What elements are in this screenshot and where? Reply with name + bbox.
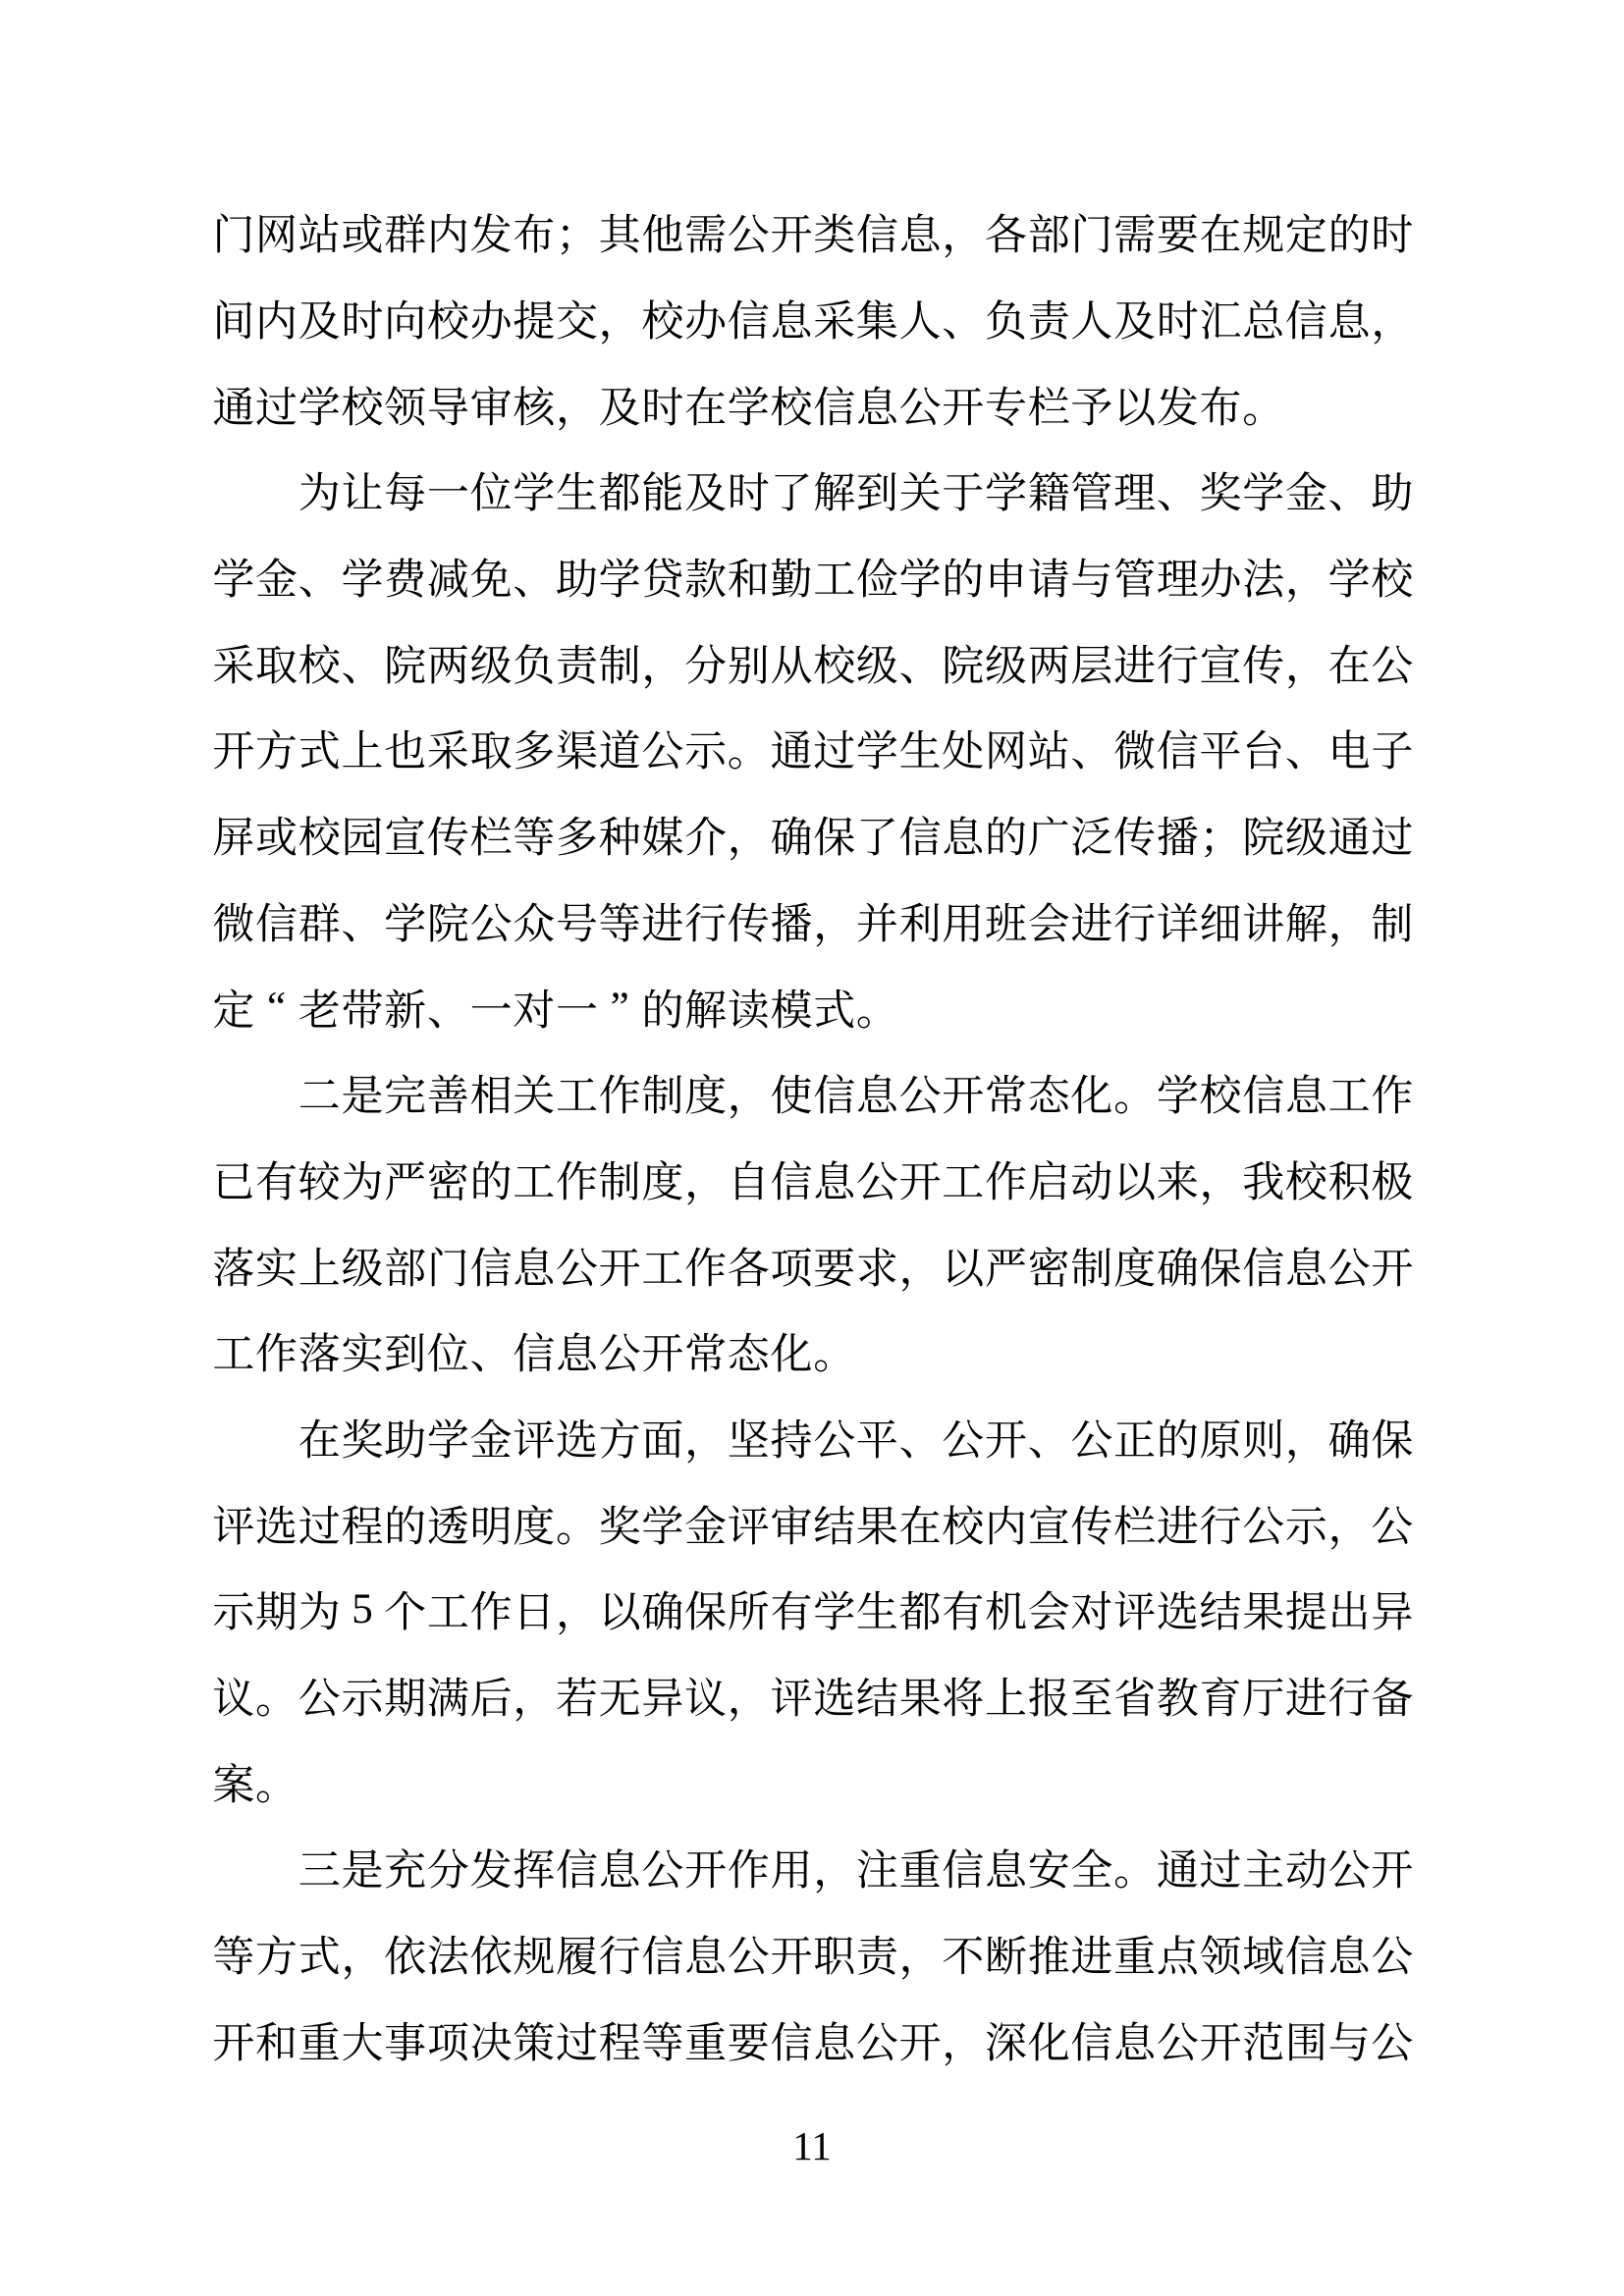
text-line: 议。公示期满后，若无异议，评选结果将上报至省教育厅进行备	[212, 1653, 1414, 1739]
text-line: 间内及时向校办提交，校办信息采集人、负责人及时汇总信息，	[212, 276, 1414, 362]
text-line: 工作落实到位、信息公开常态化。	[212, 1308, 1414, 1395]
document-page: 门网站或群内发布；其他需公开类信息，各部门需要在规定的时间内及时向校办提交，校办…	[0, 0, 1624, 2296]
document-body: 门网站或群内发布；其他需公开类信息，各部门需要在规定的时间内及时向校办提交，校办…	[212, 189, 1414, 2083]
text-line: 为让每一位学生都能及时了解到关于学籍管理、奖学金、助	[212, 448, 1414, 534]
text-line: 落实上级部门信息公开工作各项要求，以严密制度确保信息公开	[212, 1222, 1414, 1308]
text-line: 采取校、院两级负责制，分别从校级、院级两层进行宣传，在公	[212, 619, 1414, 706]
text-line: 已有较为严密的工作制度，自信息公开工作启动以来，我校积极	[212, 1137, 1414, 1223]
text-line: 二是完善相关工作制度，使信息公开常态化。学校信息工作	[212, 1050, 1414, 1137]
text-line: 在奖助学金评选方面，坚持公平、公开、公正的原则，确保	[212, 1395, 1414, 1481]
text-line: 开方式上也采取多渠道公示。通过学生处网站、微信平台、电子	[212, 706, 1414, 792]
text-line: 等方式，依法依规履行信息公开职责，不断推进重点领域信息公	[212, 1911, 1414, 1998]
text-line: 门网站或群内发布；其他需公开类信息，各部门需要在规定的时	[212, 189, 1414, 276]
text-line: 定“老带新、一对一”的解读模式。	[212, 964, 1414, 1050]
text-line: 三是充分发挥信息公开作用，注重信息安全。通过主动公开	[212, 1825, 1414, 1911]
text-line: 案。	[212, 1738, 1414, 1825]
text-line: 通过学校领导审核，及时在学校信息公开专栏予以发布。	[212, 361, 1414, 448]
page-number: 11	[0, 2122, 1624, 2170]
text-line: 示期为5个工作日，以确保所有学生都有机会对评选结果提出异	[212, 1567, 1414, 1653]
text-line: 评选过程的透明度。奖学金评审结果在校内宣传栏进行公示，公	[212, 1480, 1414, 1567]
text-line: 微信群、学院公众号等进行传播，并利用班会进行详细讲解，制	[212, 879, 1414, 965]
text-line: 学金、学费减免、助学贷款和勤工俭学的申请与管理办法，学校	[212, 534, 1414, 620]
text-line: 屏或校园宣传栏等多种媒介，确保了信息的广泛传播；院级通过	[212, 792, 1414, 879]
text-line: 开和重大事项决策过程等重要信息公开，深化信息公开范围与公	[212, 1997, 1414, 2083]
